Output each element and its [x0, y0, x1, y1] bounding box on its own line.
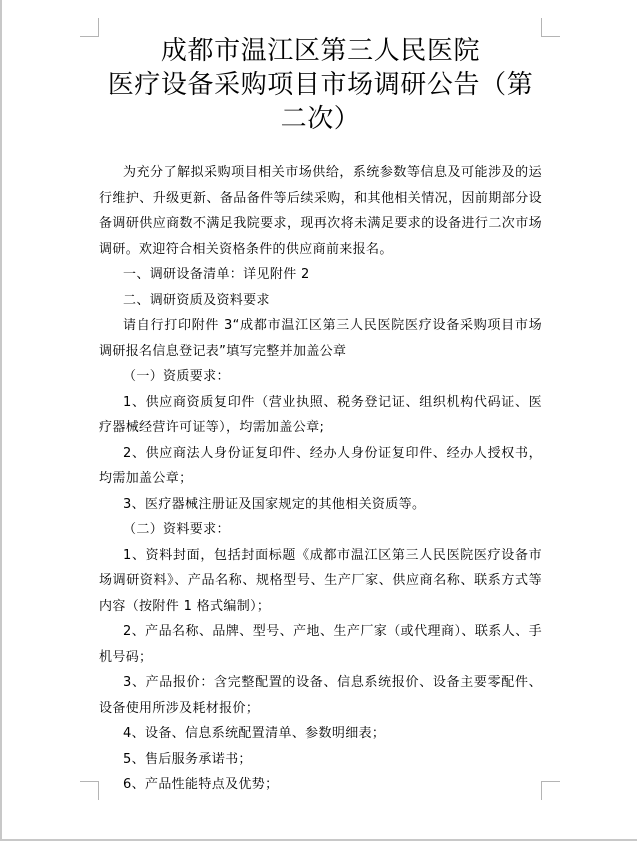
- crop-mark-bottom-left: [80, 781, 99, 800]
- materials-item-6: 6、产品性能特点及优势；: [99, 772, 542, 798]
- title-line-3: 二次）: [99, 102, 542, 136]
- qualification-item-2: 2、供应商法人身份证复印件、经办人身份证复印件、经办人授权书，均需加盖公章；: [99, 441, 542, 492]
- registration-form-instruction: 请自行打印附件 3“成都市温江区第三人民医院医疗设备采购项目市场调研报名信息登记…: [99, 313, 542, 364]
- document-page: 成都市温江区第三人民医院 医疗设备采购项目市场调研公告（第 二次） 为充分了解拟…: [99, 34, 542, 798]
- document-title: 成都市温江区第三人民医院 医疗设备采购项目市场调研公告（第 二次）: [99, 34, 542, 136]
- section-1-equipment-list: 一、调研设备清单：详见附件 2: [99, 262, 542, 288]
- subsection-qualification-heading: （一）资质要求：: [99, 364, 542, 390]
- materials-item-5: 5、售后服务承诺书；: [99, 747, 542, 773]
- title-line-1: 成都市温江区第三人民医院: [99, 34, 542, 68]
- crop-mark-top-left: [80, 18, 99, 37]
- materials-item-4: 4、设备、信息系统配置清单、参数明细表；: [99, 721, 542, 747]
- page-left-edge: [0, 0, 2, 841]
- document-body: 为充分了解拟采购项目相关市场供给，系统参数等信息及可能涉及的运行维护、升级更新、…: [99, 160, 542, 798]
- crop-mark-top-right: [541, 18, 560, 37]
- qualification-item-1: 1、供应商资质复印件（营业执照、税务登记证、组织机构代码证、医疗器械经营许可证等…: [99, 390, 542, 441]
- materials-item-3: 3、产品报价：含完整配置的设备、信息系统报价、设备主要零配件、设备使用所涉及耗材…: [99, 670, 542, 721]
- qualification-item-3: 3、医疗器械注册证及国家规定的其他相关资质等。: [99, 492, 542, 518]
- subsection-materials-heading: （二）资料要求：: [99, 517, 542, 543]
- intro-paragraph: 为充分了解拟采购项目相关市场供给，系统参数等信息及可能涉及的运行维护、升级更新、…: [99, 160, 542, 262]
- crop-mark-bottom-right: [541, 781, 560, 800]
- title-line-2: 医疗设备采购项目市场调研公告（第: [99, 68, 542, 102]
- materials-item-1: 1、资料封面，包括封面标题《成都市温江区第三人民医院医疗设备市场调研资料》、产品…: [99, 543, 542, 620]
- section-2-heading: 二、调研资质及资料要求: [99, 288, 542, 314]
- materials-item-2: 2、产品名称、品牌、型号、产地、生产厂家（或代理商）、联系人、手机号码；: [99, 619, 542, 670]
